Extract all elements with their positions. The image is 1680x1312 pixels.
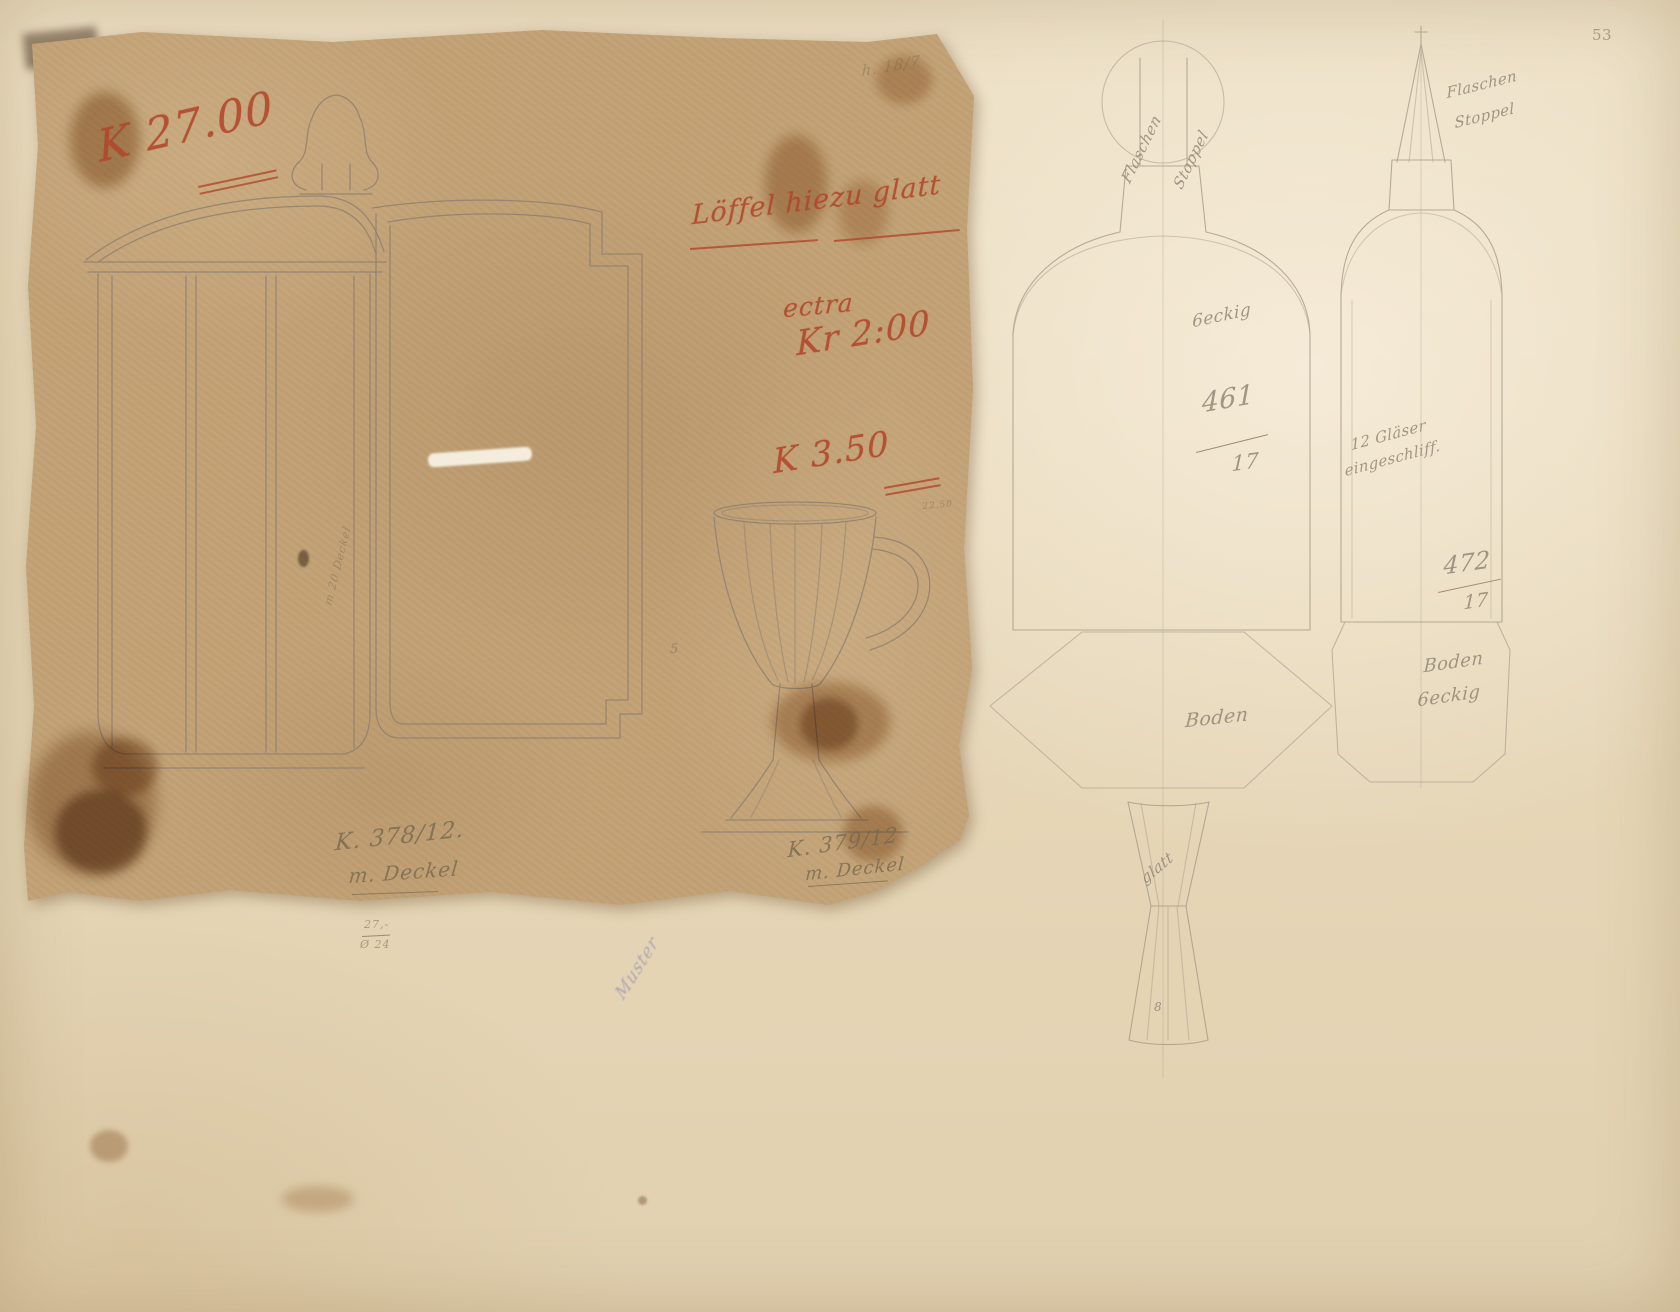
- bottle-ball-denominator: 17: [1231, 448, 1259, 476]
- small-glass-sketch: [1128, 802, 1209, 1045]
- cup-sketch: [702, 502, 930, 832]
- bottle-ball-sketch: [990, 20, 1332, 1078]
- jar-section-sketch: [372, 200, 642, 738]
- page-number: 53: [1592, 26, 1612, 44]
- bottle-spire-denominator: 17: [1463, 588, 1489, 614]
- margin-fraction-bottom: Ø 24: [360, 938, 391, 951]
- jar-front-sketch: [84, 95, 386, 768]
- small-glass-mark: 8: [1154, 1000, 1162, 1014]
- bottle-spire-sketch: [1332, 26, 1510, 788]
- cup-small-mark: 5: [670, 642, 679, 657]
- scrapbook-page: K 27.00 Löffel hiezu glatt ectra Kr 2:00…: [0, 0, 1680, 1312]
- margin-fraction-top: 27,-: [364, 918, 389, 931]
